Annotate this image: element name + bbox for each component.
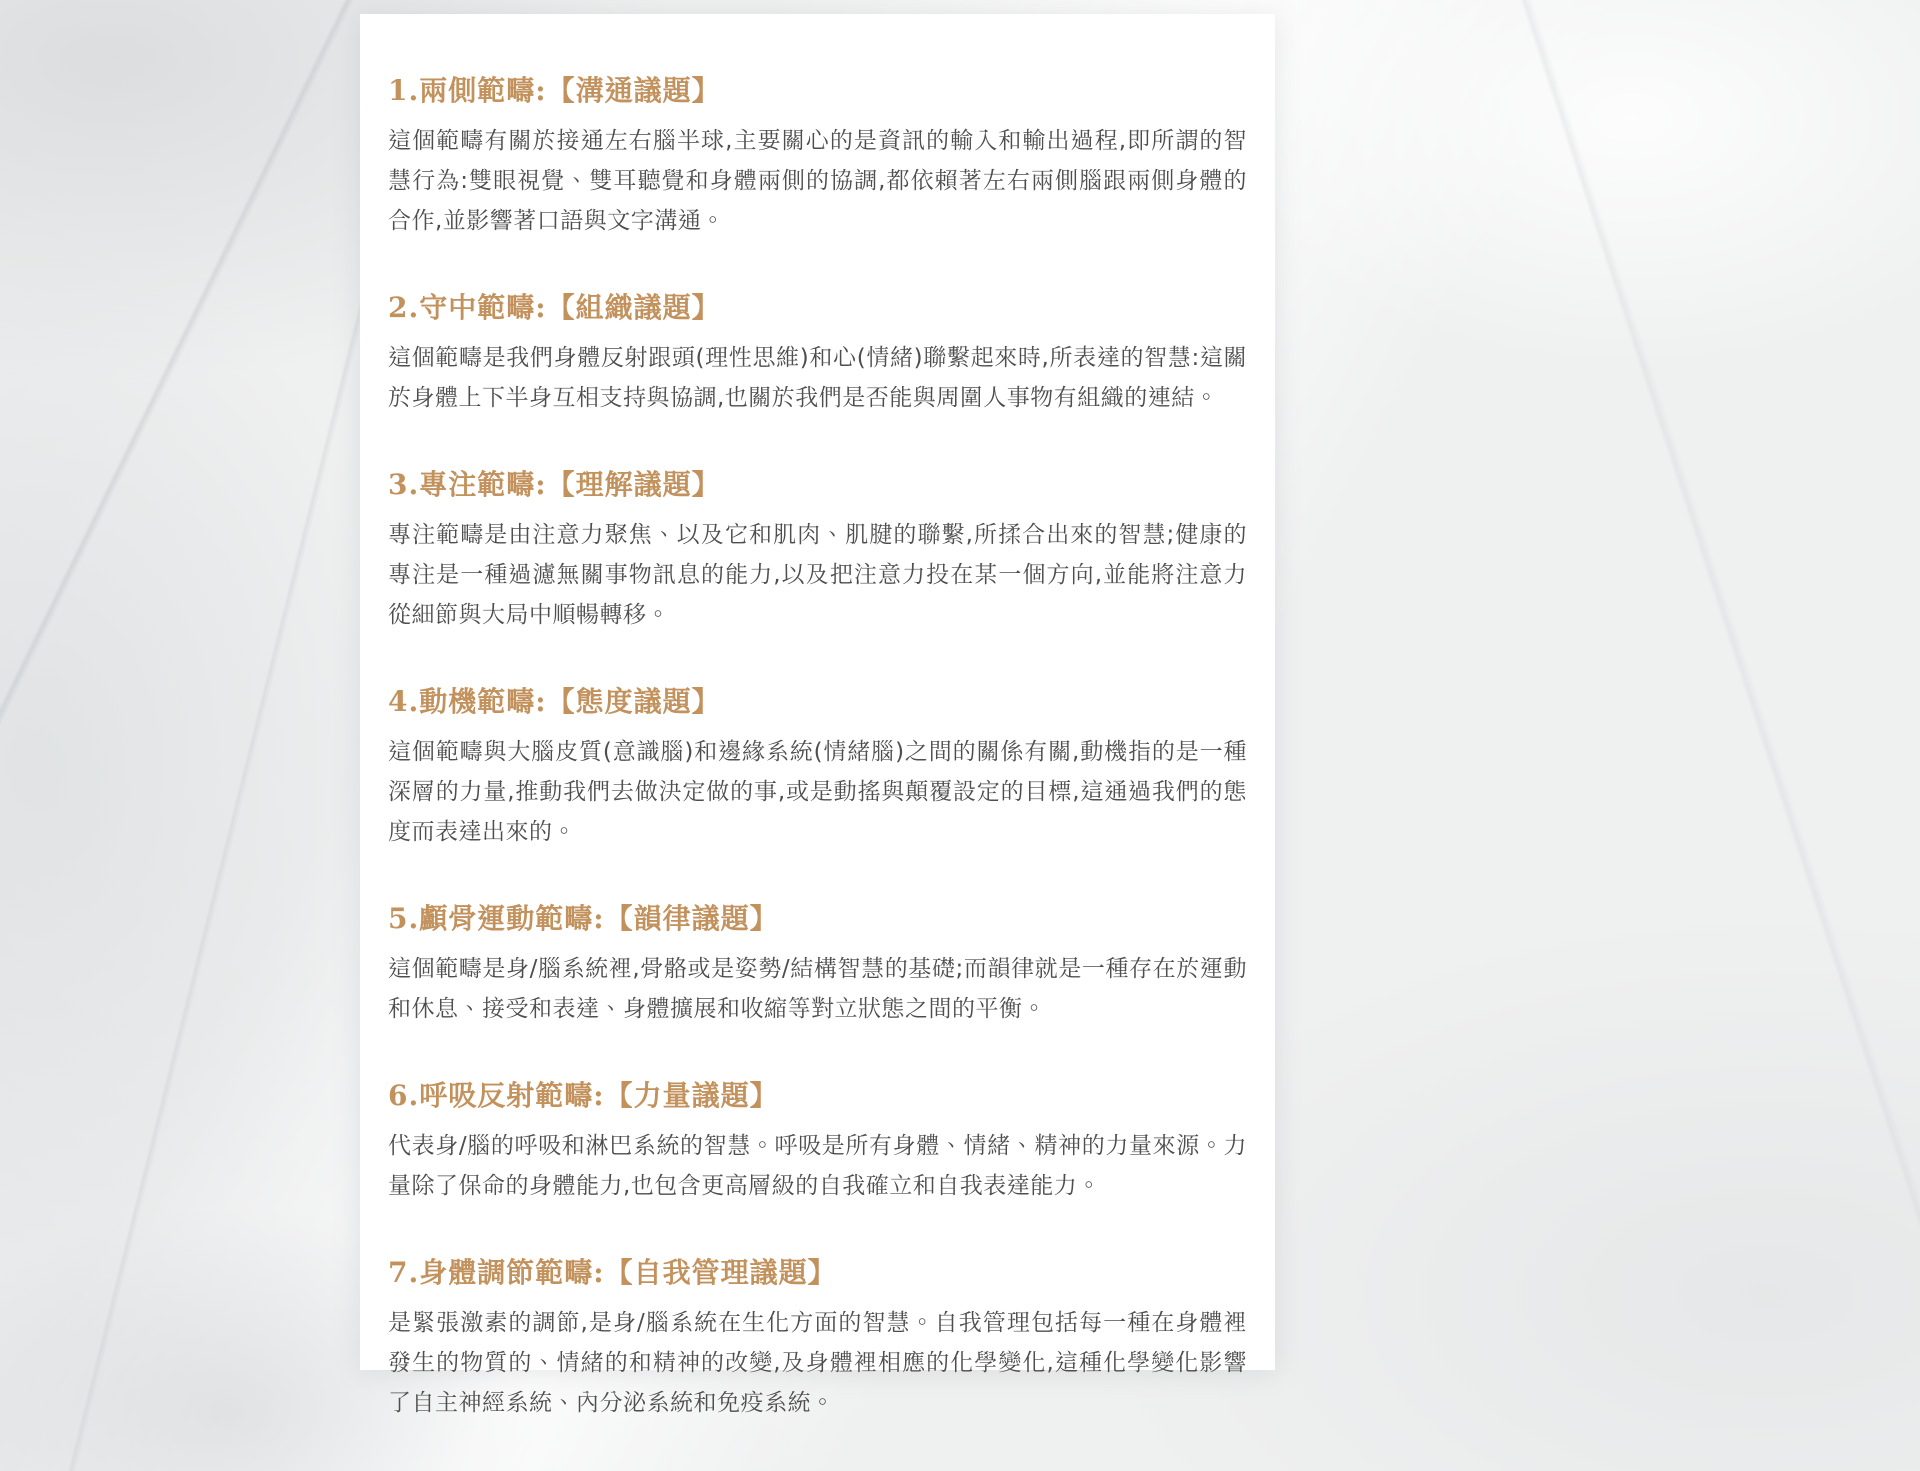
section-heading: 1.兩側範疇:【溝通議題】 — [388, 74, 1247, 108]
section-heading: 4.動機範疇:【態度議題】 — [388, 685, 1247, 719]
section-motivation-domain: 4.動機範疇:【態度議題】 這個範疇與大腦皮質(意識腦)和邊緣系統(情緒腦)之間… — [388, 685, 1247, 852]
section-heading: 7.身體調節範疇:【自我管理議題】 — [388, 1256, 1247, 1290]
section-body-regulation-domain: 7.身體調節範疇:【自我管理議題】 是緊張激素的調節,是身/腦系統在生化方面的智… — [388, 1256, 1247, 1423]
section-body: 這個範疇是我們身體反射跟頭(理性思維)和心(情緒)聯繫起來時,所表達的智慧:這關… — [388, 338, 1247, 418]
section-centering-domain: 2.守中範疇:【組織議題】 這個範疇是我們身體反射跟頭(理性思維)和心(情緒)聯… — [388, 291, 1247, 418]
section-cranial-motion-domain: 5.顱骨運動範疇:【韻律議題】 這個範疇是身/腦系統裡,骨骼或是姿勢/結構智慧的… — [388, 902, 1247, 1029]
section-heading: 3.專注範疇:【理解議題】 — [388, 468, 1247, 502]
marble-vein-left — [0, 0, 420, 1471]
section-focus-domain: 3.專注範疇:【理解議題】 專注範疇是由注意力聚焦、以及它和肌肉、肌腱的聯繫,所… — [388, 468, 1247, 635]
section-lateral-domain: 1.兩側範疇:【溝通議題】 這個範疇有關於接通左右腦半球,主要關心的是資訊的輸入… — [388, 74, 1247, 241]
section-body: 這個範疇是身/腦系統裡,骨骼或是姿勢/結構智慧的基礎;而韻律就是一種存在於運動和… — [388, 949, 1247, 1029]
section-body: 這個範疇有關於接通左右腦半球,主要關心的是資訊的輸入和輸出過程,即所謂的智慧行為… — [388, 121, 1247, 241]
marble-vein-right — [1280, 0, 1920, 1471]
section-body: 這個範疇與大腦皮質(意識腦)和邊緣系統(情緒腦)之間的關係有關,動機指的是一種深… — [388, 732, 1247, 852]
section-breathing-reflex-domain: 6.呼吸反射範疇:【力量議題】 代表身/腦的呼吸和淋巴系統的智慧。呼吸是所有身體… — [388, 1079, 1247, 1206]
content-card: 1.兩側範疇:【溝通議題】 這個範疇有關於接通左右腦半球,主要關心的是資訊的輸入… — [360, 14, 1275, 1370]
section-heading: 2.守中範疇:【組織議題】 — [388, 291, 1247, 325]
section-body: 代表身/腦的呼吸和淋巴系統的智慧。呼吸是所有身體、情緒、精神的力量來源。力量除了… — [388, 1126, 1247, 1206]
section-heading: 5.顱骨運動範疇:【韻律議題】 — [388, 902, 1247, 936]
section-body: 專注範疇是由注意力聚焦、以及它和肌肉、肌腱的聯繫,所揉合出來的智慧;健康的專注是… — [388, 515, 1247, 635]
section-heading: 6.呼吸反射範疇:【力量議題】 — [388, 1079, 1247, 1113]
section-body: 是緊張激素的調節,是身/腦系統在生化方面的智慧。自我管理包括每一種在身體裡發生的… — [388, 1303, 1247, 1423]
